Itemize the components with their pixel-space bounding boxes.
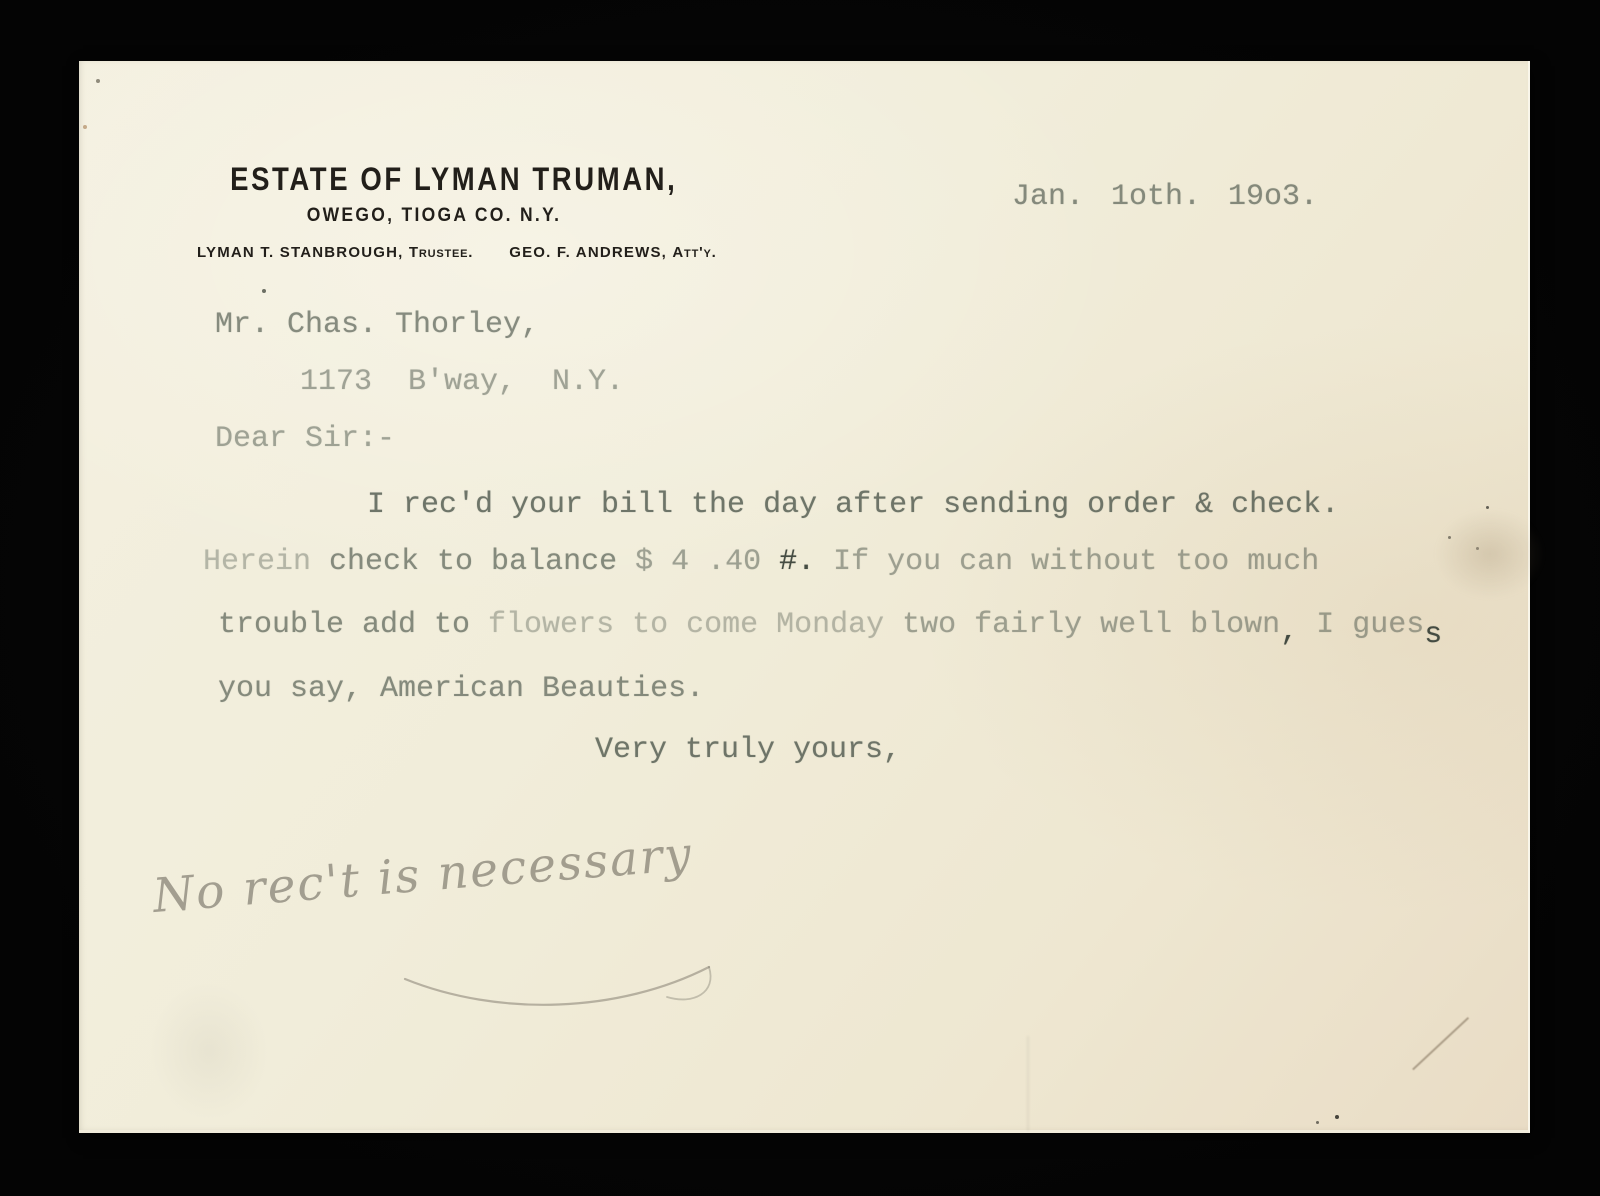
pencil-annotation: No rec't is necessary: [151, 827, 695, 924]
paper-ghost-mark: [149, 981, 269, 1121]
attorney-name: GEO. F. ANDREWS,: [509, 244, 672, 261]
paper-speck: [1335, 1115, 1339, 1119]
body-line-2: Herein check to balance $ 4 .40 #. If yo…: [203, 545, 1319, 579]
letterhead: ESTATE OF LYMAN TRUMAN, OWEGO, TIOGA CO.…: [197, 161, 671, 261]
closing-line: Very truly yours,: [595, 733, 901, 767]
trustee-name: LYMAN T. STANBROUGH,: [197, 244, 409, 261]
body-line-3-seg5: I gues: [1298, 608, 1424, 642]
paper-speck: [262, 289, 266, 293]
paper-speck: [1316, 1121, 1319, 1124]
body-line-2-seg5: If you can without too much: [815, 545, 1319, 579]
trustee-title: Trustee.: [409, 244, 473, 261]
body-line-3-dropped-comma: ,: [1280, 615, 1298, 649]
recipient-name: Mr. Chas. Thorley,: [215, 308, 539, 342]
body-line-3-seg3: two fairly well blown: [902, 608, 1280, 642]
paper-crease: [1027, 1036, 1029, 1131]
paper-scratch: [1412, 1017, 1469, 1070]
paper-smudge: [1435, 509, 1545, 599]
attorney-title: Att'y.: [672, 244, 716, 261]
letterhead-location: OWEGO, TIOGA CO. N.Y.: [216, 205, 652, 227]
date-line: Jan. 1oth. 19o3.: [1012, 180, 1318, 214]
paper-speck: [96, 79, 100, 83]
body-line-4: you say, American Beauties.: [218, 672, 704, 706]
scanner-backdrop: ESTATE OF LYMAN TRUMAN, OWEGO, TIOGA CO.…: [0, 0, 1600, 1196]
body-line-3-dropped-s: s: [1424, 618, 1442, 652]
body-line-3-seg1: trouble add to: [218, 608, 488, 642]
letterhead-officers: LYMAN T. STANBROUGH, Trustee.GEO. F. AND…: [197, 244, 671, 261]
body-line-1: I rec'd your bill the day after sending …: [367, 488, 1339, 522]
body-line-2-seg2: check to balance: [311, 545, 635, 579]
body-line-3: trouble add to flowers to come Monday tw…: [218, 608, 1442, 642]
salutation: Dear Sir:-: [215, 422, 395, 456]
recipient-address: 1173 B'way, N.Y.: [300, 365, 624, 399]
body-line-2-seg4: #.: [779, 545, 815, 579]
body-line-3-seg2: flowers to come Monday: [488, 608, 902, 642]
body-line-2-seg1: Herein: [203, 545, 311, 579]
body-line-2-seg3: $ 4 .40: [635, 545, 779, 579]
letterhead-estate-name: ESTATE OF LYMAN TRUMAN,: [230, 161, 638, 198]
paper-speck: [83, 125, 87, 129]
letter-page: ESTATE OF LYMAN TRUMAN, OWEGO, TIOGA CO.…: [79, 61, 1530, 1133]
